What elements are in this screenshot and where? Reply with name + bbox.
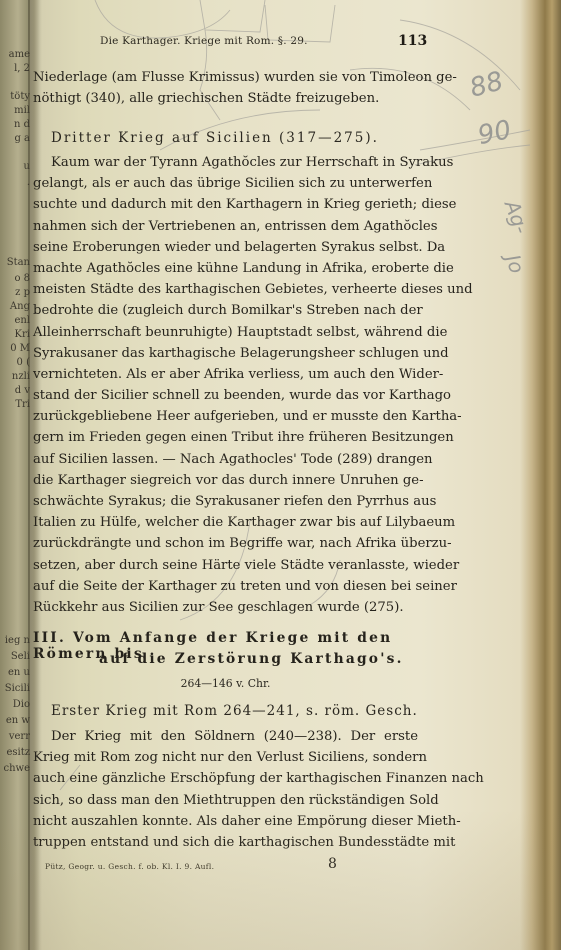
text-line: nahmen sich der Vertriebenen an, entriss… [33, 216, 418, 237]
section-title-dritter-krieg: Dritter Krieg auf Sicilien (317—275). [51, 130, 379, 146]
text-line: meisten Städte des karthagischen Gebiete… [33, 279, 418, 300]
text-line: sich, so dass man den Miethtruppen den r… [33, 790, 418, 811]
left-page-fragment: u [0, 160, 30, 174]
text-line: truppen entstand und sich die karthagisc… [33, 832, 418, 853]
chapter-dates: 264—146 v. Chr. [33, 677, 418, 690]
left-page-fragment: en w [0, 714, 30, 728]
text-line: seine Eroberungen wieder und belagerten … [33, 237, 418, 258]
left-page-fragment: . [0, 176, 30, 190]
text-line: auf die Seite der Karthager zu treten un… [33, 576, 418, 597]
text-line: suchte und dadurch mit den Karthagern in… [33, 194, 418, 215]
left-page-fragment: d v [0, 384, 30, 398]
imprint-footer: Pütz, Geogr. u. Gesch. f. ob. Kl. I. 9. … [45, 862, 214, 871]
left-page-fragment: chwe [0, 762, 30, 776]
left-page-fragment: Dio [0, 698, 30, 712]
text-line: Niederlage (am Flusse Krimissus) wurden … [33, 67, 418, 88]
page-number: 113 [398, 33, 427, 49]
text-line: zurückgebliebene Heer aufgerieben, und e… [33, 406, 418, 427]
left-page-fragment: 0 M [0, 342, 30, 356]
left-page-fragment: Seli [0, 650, 30, 664]
left-page-fragment: Kri [0, 328, 30, 342]
book-page: amel, 2tötymiln dg au.Stano 8z pAngenlKr… [0, 0, 561, 950]
text-line: Krieg mit Rom zog nicht nur den Verlust … [33, 747, 418, 768]
left-page-fragment: en u [0, 666, 30, 680]
signature-mark: 8 [328, 856, 337, 872]
left-page-fragment: Stan [0, 256, 30, 270]
left-page-fragment: nzli [0, 370, 30, 384]
text-line: auch eine gänzliche Erschöpfung der kart… [33, 768, 418, 789]
margin-note-90: 90 [475, 115, 514, 151]
left-page-fragment: g a [0, 132, 30, 146]
margin-note-jo: Jo [501, 251, 530, 276]
text-line: vernichteten. Als er aber Afrika verlies… [33, 364, 418, 385]
text-line: die Karthager siegreich vor das durch in… [33, 470, 418, 491]
text-line: gelangt, als er auch das übrige Sicilien… [33, 173, 418, 194]
chapter-title-line-2: auf die Zerstörung Karthago's. [99, 651, 419, 667]
left-page-fragment: 0 ( [0, 356, 30, 370]
paragraph-niederlage: Niederlage (am Flusse Krimissus) wurden … [33, 67, 418, 109]
margin-note-ag: Ag- [500, 197, 534, 237]
text-line: schwächte Syrakus; die Syrakusaner riefe… [33, 491, 418, 512]
text-line: Syrakusaner das karthagische Belagerungs… [33, 343, 418, 364]
text-line: bedrohte die (zugleich durch Bomilkar's … [33, 300, 418, 321]
left-page-fragment: z p [0, 286, 30, 300]
left-page-fragment: ame [0, 48, 30, 62]
paragraph-dritter-krieg: Kaum war der Tyrann Agathŏcles zur Herrs… [33, 152, 418, 618]
text-line: stand der Sicilier schnell zu beenden, w… [33, 385, 418, 406]
text-line: zurückdrängte und schon im Begriffe war,… [33, 533, 418, 554]
margin-note-88: 88 [467, 66, 507, 104]
left-page-fragment: o 8 [0, 272, 30, 286]
text-line: Italien zu Hülfe, welcher die Karthager … [33, 512, 418, 533]
text-line: Alleinherrschaft beunruhigte) Hauptstadt… [33, 322, 418, 343]
text-line: machte Agathŏcles eine kühne Landung in … [33, 258, 418, 279]
left-page-fragment: Sicili [0, 682, 30, 696]
text-line: nicht auszahlen konnte. Als daher eine E… [33, 811, 418, 832]
left-page-fragment: l, 2 [0, 62, 30, 76]
left-page-fragment: Tri [0, 398, 30, 412]
left-page-fragment: töty [0, 90, 30, 104]
paragraph-soeldner-krieg: Der Krieg mit den Söldnern (240—238). De… [33, 726, 418, 853]
left-page-fragment: n d [0, 118, 30, 132]
text-line: setzen, aber durch seine Härte viele Stä… [33, 555, 418, 576]
left-page-fragment: mil [0, 104, 30, 118]
left-page-fragment: ieg n [0, 634, 30, 648]
text-line: Rückkehr aus Sicilien zur See geschlagen… [33, 597, 418, 618]
left-page-fragment: Ang [0, 300, 30, 314]
left-page-fragment: esitz [0, 746, 30, 760]
text-line: auf Sicilien lassen. — Nach Agathocles' … [33, 449, 418, 470]
text-line: nöthigt (340), alle griechischen Städte … [33, 88, 418, 109]
text-line: Der Krieg mit den Söldnern (240—238). De… [33, 726, 418, 747]
left-page-fragment: enl [0, 314, 30, 328]
text-line: Kaum war der Tyrann Agathŏcles zur Herrs… [33, 152, 418, 173]
left-page-fragment: verr [0, 730, 30, 744]
running-header: Die Karthager. Kriege mit Rom. §. 29. [100, 35, 420, 47]
text-line: gern im Frieden gegen einen Tribut ihre … [33, 427, 418, 448]
section-title-erster-krieg: Erster Krieg mit Rom 264—241, s. röm. Ge… [51, 703, 418, 719]
